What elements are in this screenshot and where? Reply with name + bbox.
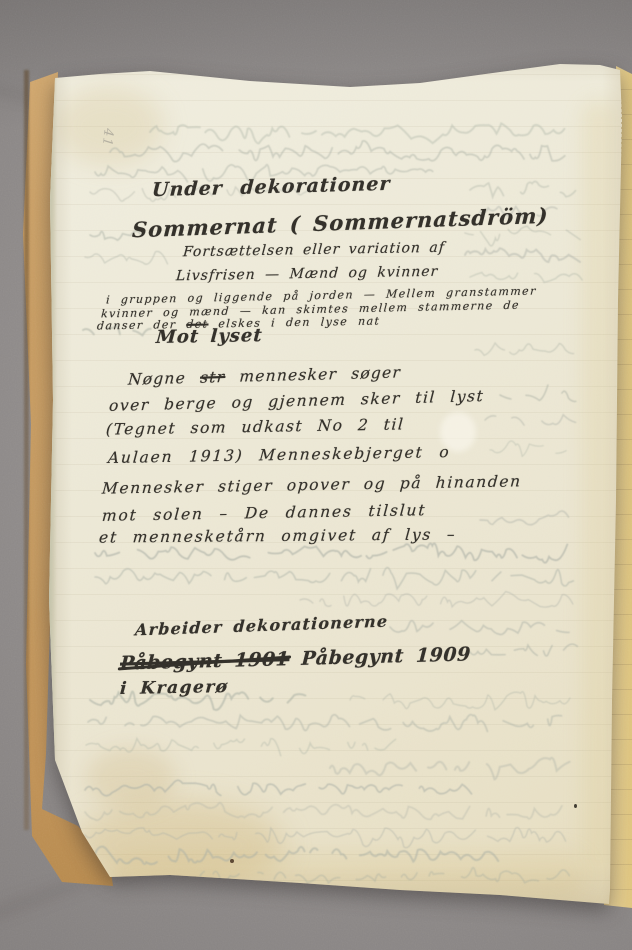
binding-stub-shadow (24, 70, 29, 830)
page-paper: Under dekorationerSommernat ( Sommernats… (46, 60, 632, 912)
page-edge-shading (46, 60, 632, 912)
notebook-photo: { "page": { "page_number_pencil": "41", … (0, 0, 632, 950)
notebook-page: Under dekorationerSommernat ( Sommernats… (46, 60, 632, 912)
deckle-edge-perforation (621, 72, 624, 900)
paper-speck (48, 266, 51, 270)
